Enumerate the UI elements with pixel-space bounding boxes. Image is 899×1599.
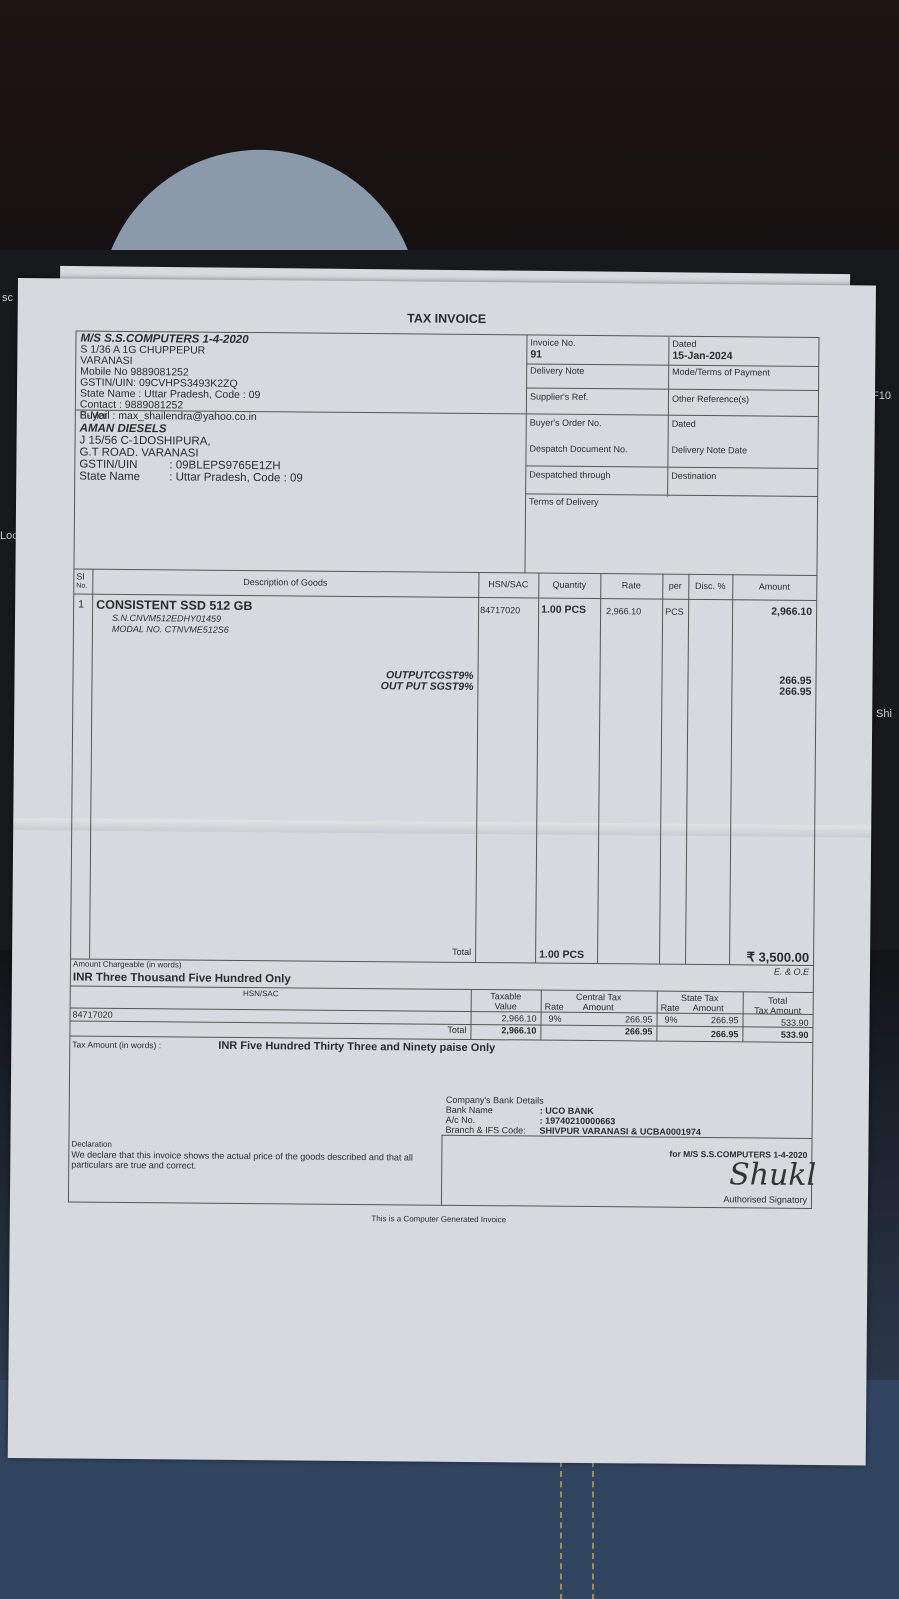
col-hsn: HSN/SAC xyxy=(478,579,538,590)
invoice-date: 15-Jan-2024 xyxy=(672,351,732,363)
invoice-title: TAX INVOICE xyxy=(18,308,876,329)
col-sl-label: Sl xyxy=(76,572,87,582)
divider xyxy=(597,573,601,963)
col-per: per xyxy=(662,581,688,591)
divider xyxy=(659,574,663,964)
summary-central-rate: 9% xyxy=(549,1014,562,1024)
key-esc: sc xyxy=(2,292,13,304)
terms-of-delivery-label: Terms of Delivery xyxy=(529,496,599,507)
sgst-amount: 266.95 xyxy=(733,686,811,698)
amount-words-label: Amount Chargeable (in words) xyxy=(73,960,182,971)
summary-total-central: 266.95 xyxy=(570,1026,652,1037)
divider xyxy=(729,574,733,964)
item-serial: S.N.CNVM512EDHY01459 xyxy=(112,613,221,624)
state-rate-header: Rate xyxy=(661,1003,680,1013)
divider xyxy=(74,569,816,576)
despatch-doc-label: Despatch Document No. xyxy=(529,443,627,454)
divider xyxy=(525,465,817,469)
summary-state-amount: 266.95 xyxy=(671,1015,739,1026)
item-amount: 2,966.10 xyxy=(734,606,812,618)
summary-total-label: Total xyxy=(743,995,813,1006)
col-quantity: Quantity xyxy=(538,580,600,591)
delivery-note-date-label: Delivery Note Date xyxy=(671,445,747,456)
tax-words-label: Tax Amount (in words) : xyxy=(72,1040,161,1051)
dated-label: Dated xyxy=(672,339,696,349)
invoice-no: 91 xyxy=(530,349,542,360)
bank-name: : UCO BANK xyxy=(540,1106,594,1116)
declaration-text: We declare that this invoice shows the a… xyxy=(71,1149,431,1172)
summary-value-label: Value xyxy=(471,1001,541,1012)
buyer-state: : Uttar Pradesh, Code : 09 xyxy=(169,471,303,484)
item-rate: 2,966.10 xyxy=(606,606,641,616)
summary-total-label: Total xyxy=(370,1024,466,1035)
signature: Shukl xyxy=(729,1157,816,1193)
col-description: Description of Goods xyxy=(92,576,478,589)
summary-hsn: 84717020 xyxy=(73,1010,113,1020)
divider xyxy=(526,413,818,417)
sgst-label: OUT PUT SGST9% xyxy=(273,680,473,693)
ac-no: : 19740210000663 xyxy=(540,1116,616,1127)
summary-total-state: 266.95 xyxy=(670,1029,738,1040)
delivery-note-label: Delivery Note xyxy=(530,365,584,375)
central-rate-header: Rate xyxy=(545,1002,564,1012)
destination-label: Destination xyxy=(671,471,716,481)
item-quantity: 1.00 PCS xyxy=(541,605,586,616)
buyer-state-label: State Name xyxy=(79,471,169,484)
summary-central-amount: 266.95 xyxy=(571,1014,653,1025)
invoice-paper: TAX INVOICE M/S S.S.COMPUTERS 1-4-2020 S… xyxy=(8,278,876,1465)
invoice-frame: M/S S.S.COMPUTERS 1-4-2020 S 1/36 A 1G C… xyxy=(68,331,820,1209)
divider xyxy=(685,574,689,964)
despatched-through-label: Despatched through xyxy=(529,469,610,480)
col-sl-label2: No. xyxy=(76,582,87,592)
total-quantity: 1.00 PCS xyxy=(539,950,584,961)
other-ref-label: Other Reference(s) xyxy=(672,394,749,405)
divider xyxy=(535,573,539,963)
tax-in-words: INR Five Hundred Thirty Three and Ninety… xyxy=(218,1040,495,1054)
eoe: E. & O.E xyxy=(711,966,809,977)
col-rate: Rate xyxy=(600,580,662,591)
buyers-order-dated-label: Dated xyxy=(672,419,696,429)
buyer-block: Buyer AMAN DIESELS J 15/56 C-1DOSHIPURA,… xyxy=(79,411,520,487)
summary-taxable: 2,966.10 xyxy=(471,1013,537,1024)
col-amount: Amount xyxy=(732,581,816,592)
item-model: MODAL NO. CTNVME512S6 xyxy=(112,624,229,635)
mode-terms-label: Mode/Terms of Payment xyxy=(672,367,770,378)
buyer-gstin: : 09BLEPS9765E1ZH xyxy=(169,459,280,472)
divider xyxy=(667,337,669,497)
item-hsn: 84717020 xyxy=(480,605,520,615)
divider xyxy=(89,569,93,959)
divider xyxy=(475,572,479,962)
summary-total-taxable: 2,966.10 xyxy=(470,1025,536,1036)
summary-taxable-label: Taxable xyxy=(471,991,541,1002)
summary-grand-tax: 533.90 xyxy=(742,1029,808,1040)
invoice-no-label: Invoice No. xyxy=(530,337,575,347)
footer-note: This is a Computer Generated Invoice xyxy=(10,1211,868,1228)
key-shift: Shi xyxy=(876,708,892,720)
item-description: CONSISTENT SSD 512 GB xyxy=(96,598,252,613)
bank-details: Company's Bank Details Bank Name: UCO BA… xyxy=(446,1095,806,1138)
divider xyxy=(526,387,818,391)
central-amount-header: Amount xyxy=(583,1002,614,1012)
declaration: Declaration We declare that this invoice… xyxy=(71,1139,431,1172)
divider xyxy=(524,335,527,572)
divider xyxy=(441,1135,443,1205)
summary-col-hsn: HSN/SAC xyxy=(71,987,451,1000)
authorised-signatory: Authorised Signatory xyxy=(509,1192,807,1205)
col-sl: SlNo. xyxy=(76,572,87,592)
buyers-order-label: Buyer's Order No. xyxy=(530,417,602,428)
item-sl: 1 xyxy=(78,600,84,611)
col-disc: Disc. % xyxy=(688,581,732,591)
summary-col-taxable: TaxableValue xyxy=(471,991,541,1012)
state-amount-header: Amount xyxy=(693,1003,724,1013)
buyer-gstin-label: GSTIN/UIN xyxy=(79,459,169,472)
total-label: Total xyxy=(371,946,471,957)
amount-in-words: INR Three Thousand Five Hundred Only xyxy=(73,972,291,986)
suppliers-ref-label: Supplier's Ref. xyxy=(530,391,588,402)
item-per: PCS xyxy=(665,607,684,617)
divider xyxy=(71,958,813,965)
